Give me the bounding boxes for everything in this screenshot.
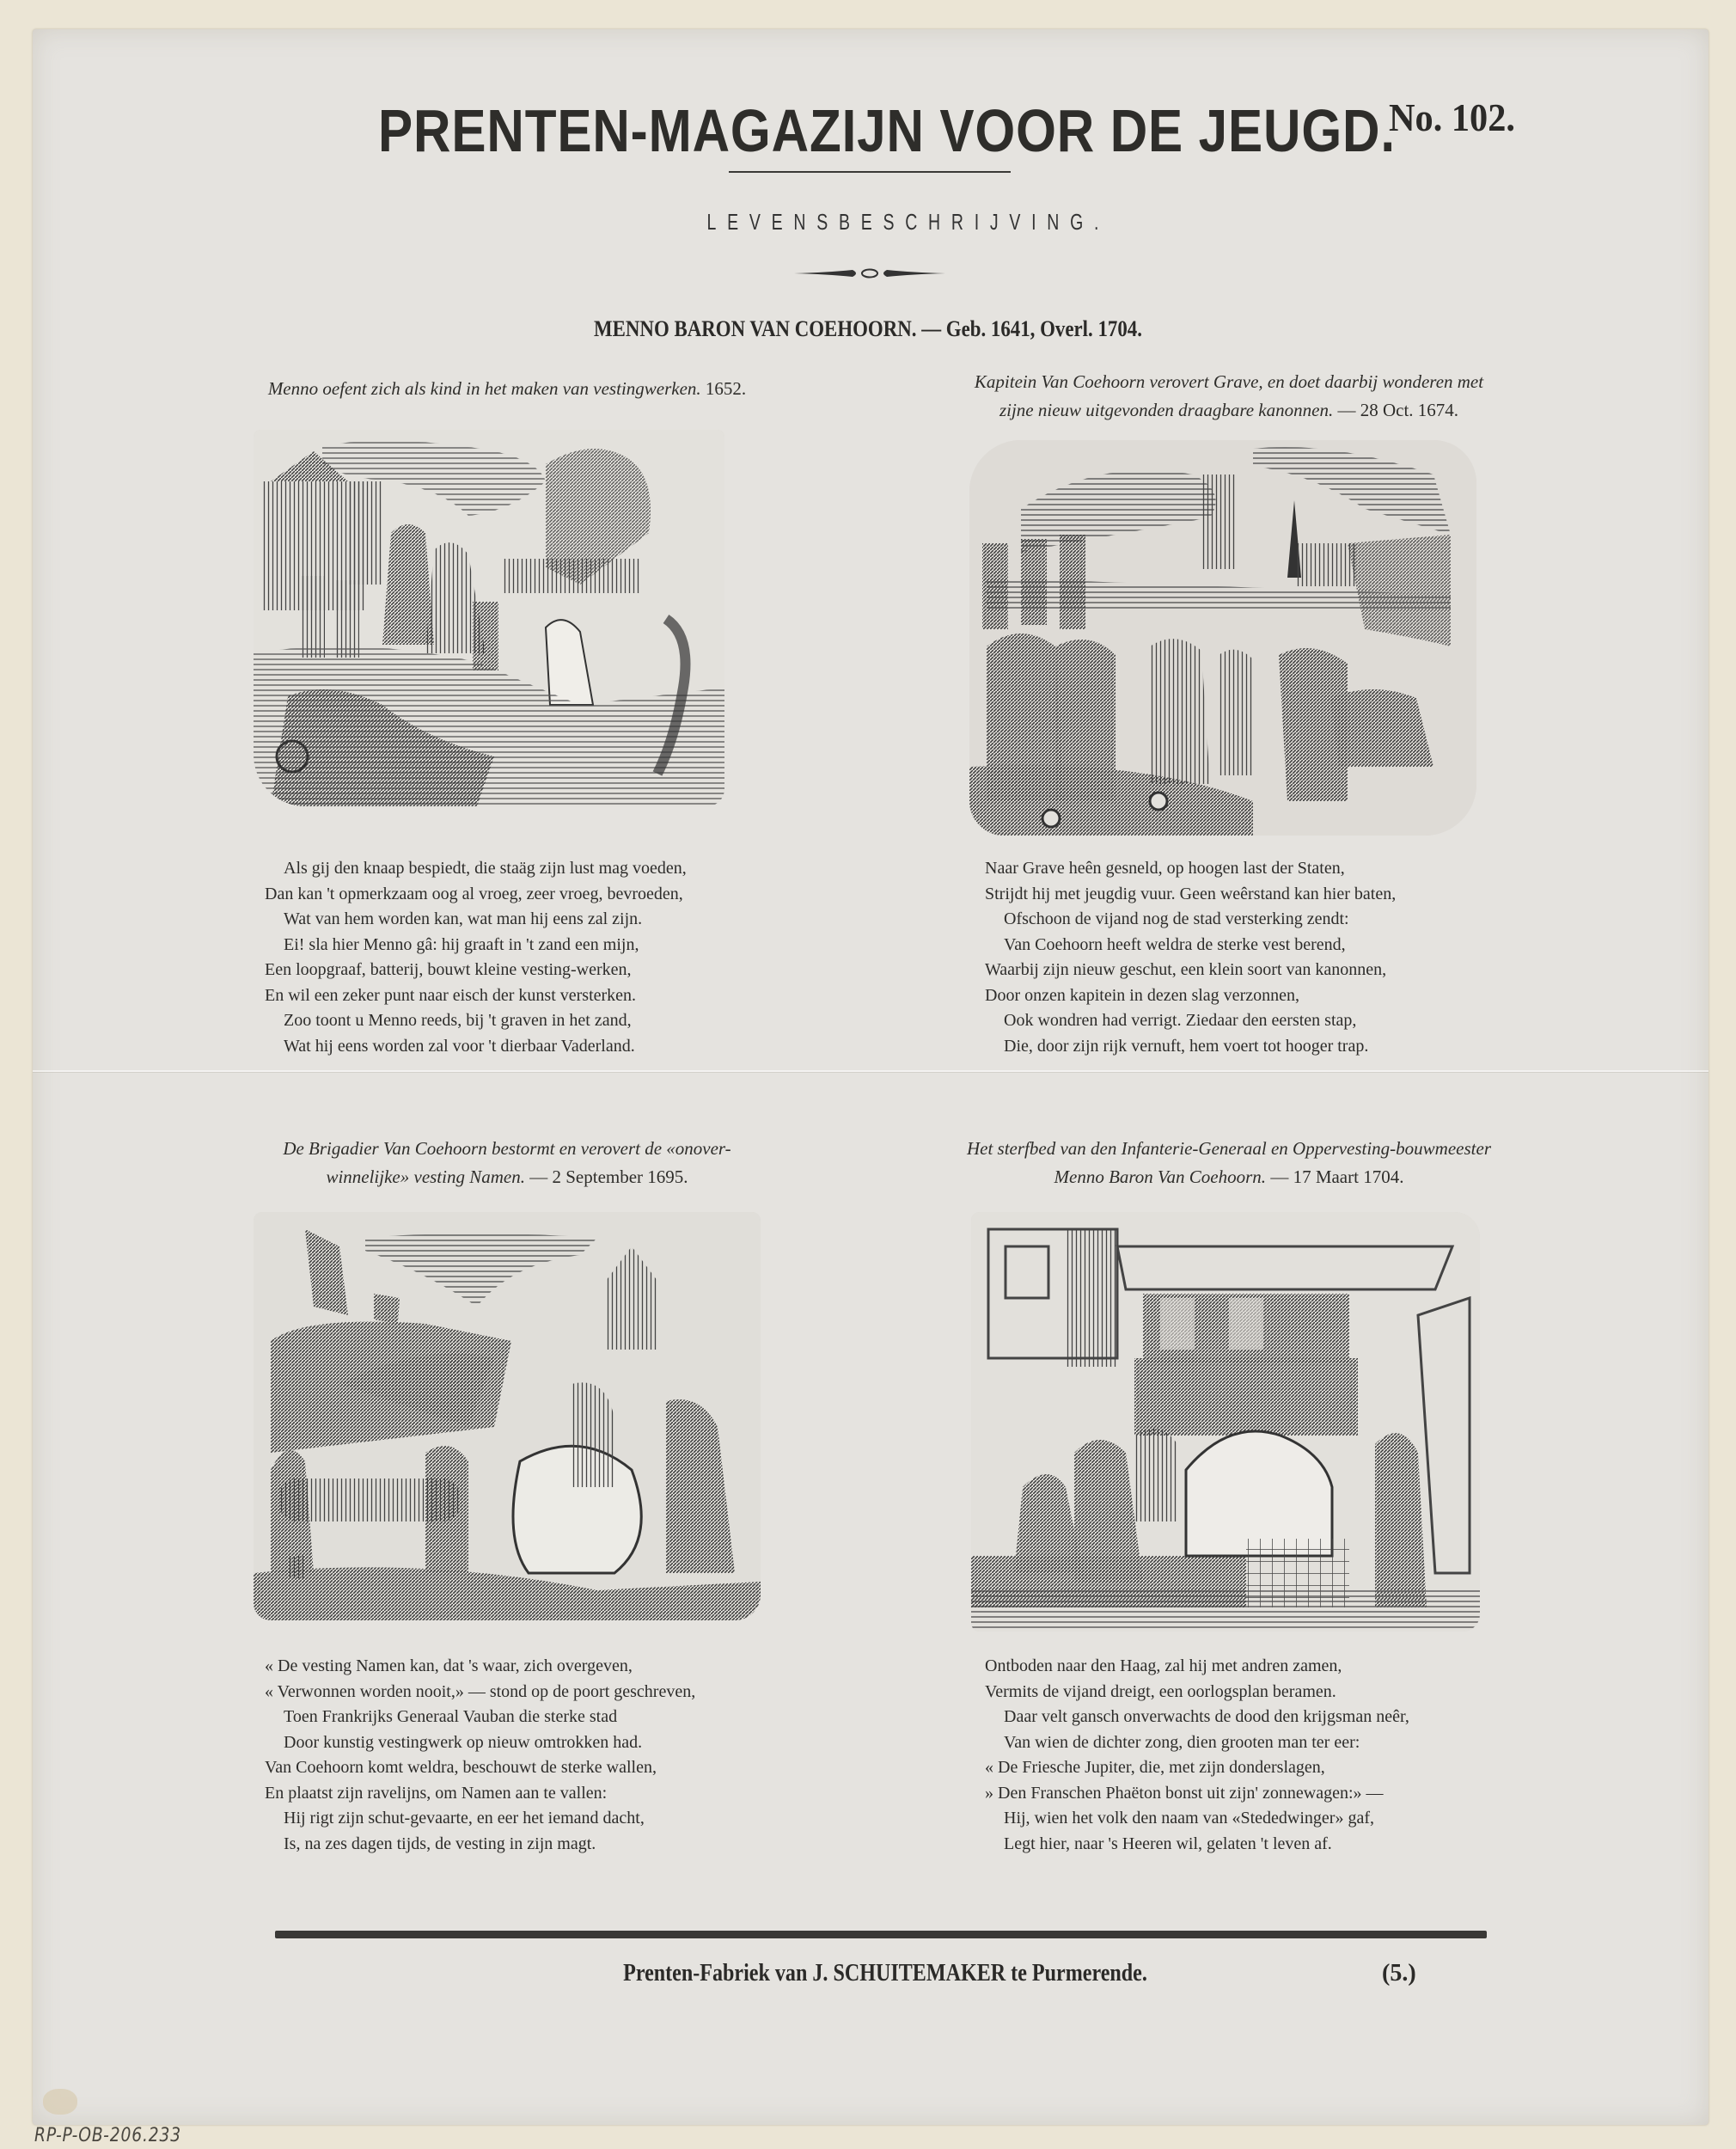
- subject-name-dates: MENNO BARON VAN COEHOORN. — Geb. 1641, O…: [528, 315, 1208, 344]
- caption-line: Het sterfbed van den Infanterie-Generaal…: [885, 1135, 1573, 1163]
- verse-line: Door kunstig vestingwerk op nieuw omtrok…: [265, 1730, 772, 1756]
- verse-line: Hij rigt zijn schut-gevaarte, en eer het…: [265, 1806, 772, 1832]
- illustration-deathbed-scene: [971, 1212, 1480, 1632]
- verse-line: Strijdt hij met jeugdig vuur. Geen weêrs…: [985, 882, 1501, 908]
- caption-date: — 28 Oct. 1674.: [1337, 400, 1458, 420]
- page-number: (5.): [1382, 1956, 1442, 1991]
- verse-line: « De vesting Namen kan, dat 's waar, zic…: [265, 1654, 772, 1680]
- verse-line: Door onzen kapitein in dezen slag verzon…: [985, 983, 1501, 1009]
- panel-3-verse: « De vesting Namen kan, dat 's waar, zic…: [265, 1654, 772, 1860]
- verse-line: Waarbij zijn nieuw geschut, een klein so…: [985, 958, 1501, 983]
- panel-1-verse: Als gij den knaap bespiedt, die staäg zi…: [265, 856, 772, 1062]
- title-rule: [729, 171, 1011, 173]
- verse-line: Toen Frankrijks Generaal Vauban die ster…: [265, 1705, 772, 1730]
- illustration-siege-of-grave: [969, 440, 1476, 836]
- panel-3-caption: De Brigadier Van Coehoorn bestormt en ve…: [189, 1135, 825, 1193]
- verse-line: En plaatst zijn ravelijns, om Namen aan …: [265, 1781, 772, 1807]
- caption-date: 1652.: [706, 378, 746, 399]
- verse-line: « De Friesche Jupiter, die, met zijn don…: [985, 1755, 1501, 1781]
- verse-line: Legt hier, naar 's Heeren wil, gelaten '…: [985, 1832, 1501, 1858]
- verse-line: Zoo toont u Menno reeds, bij 't graven i…: [265, 1008, 772, 1034]
- verse-line: Naar Grave heên gesneld, op hoogen last …: [985, 856, 1501, 882]
- verse-line: Ei! sla hier Menno gâ: hij graaft in 't …: [265, 933, 772, 958]
- caption-line: Menno Baron Van Coehoorn.: [1054, 1166, 1267, 1187]
- caption-date: — 17 Maart 1704.: [1270, 1166, 1403, 1187]
- verse-line: Wat van hem worden kan, wat man hij eens…: [265, 907, 772, 933]
- panel-1-caption: Menno oefent zich als kind in het maken …: [198, 375, 816, 404]
- verse-line: Ontboden naar den Haag, zal hij met andr…: [985, 1654, 1501, 1680]
- verse-line: Die, door zijn rijk vernuft, hem voert t…: [985, 1034, 1501, 1060]
- verse-line: « Verwonnen worden nooit,» — stond op de…: [265, 1680, 772, 1705]
- verse-line: Van Coehoorn heeft weldra de sterke vest…: [985, 933, 1501, 958]
- panel-4-verse: Ontboden naar den Haag, zal hij met andr…: [985, 1654, 1501, 1860]
- caption-line: De Brigadier Van Coehoorn bestormt en ve…: [189, 1135, 825, 1163]
- verse-line: Ofschoon de vijand nog de stad versterki…: [985, 907, 1501, 933]
- verse-line: Van Coehoorn komt weldra, beschouwt de s…: [265, 1755, 772, 1781]
- verse-line: Als gij den knaap bespiedt, die staäg zi…: [265, 856, 772, 882]
- caption-line: Kapitein Van Coehoorn verovert Grave, en…: [885, 368, 1573, 396]
- caption-line: winnelijke» vesting Namen.: [326, 1166, 525, 1187]
- verse-line: Een loopgraaf, batterij, bouwt kleine ve…: [265, 958, 772, 983]
- caption-line: Menno oefent zich als kind in het maken …: [268, 378, 701, 399]
- issue-number: No. 102.: [1389, 96, 1562, 139]
- ornament-divider-icon: [792, 265, 947, 282]
- verse-line: Daar velt gansch onverwachts de dood den…: [985, 1705, 1501, 1730]
- verse-line: Ook wondren had verrigt. Ziedaar den eer…: [985, 1008, 1501, 1034]
- verse-line: » Den Franschen Phaëton bonst uit zijn' …: [985, 1781, 1501, 1807]
- verse-line: Dan kan 't opmerkzaam oog al vroeg, zeer…: [265, 882, 772, 908]
- paper-stain: [43, 2089, 77, 2115]
- verse-line: Vermits de vijand dreigt, een oorlogspla…: [985, 1680, 1501, 1705]
- verse-line: Hij, wien het volk den naam van «Stededw…: [985, 1806, 1501, 1832]
- footer-rule: [275, 1931, 1487, 1938]
- verse-line: Van wien de dichter zong, dien grooten m…: [985, 1730, 1501, 1756]
- panel-2-caption: Kapitein Van Coehoorn verovert Grave, en…: [885, 368, 1573, 426]
- verse-line: Is, na zes dagen tijds, de vesting in zi…: [265, 1832, 772, 1858]
- caption-line: zijne nieuw uitgevonden draagbare kanonn…: [999, 400, 1333, 420]
- verse-line: En wil een zeker punt naar eisch der kun…: [265, 983, 772, 1009]
- illustration-storming-of-namur: [254, 1212, 761, 1620]
- panel-4-caption: Het sterfbed van den Infanterie-Generaal…: [885, 1135, 1573, 1193]
- masthead-title: PRENTEN-MAGAZIJN VOOR DE JEUGD.: [378, 96, 1236, 165]
- panel-2-verse: Naar Grave heên gesneld, op hoogen last …: [985, 856, 1501, 1062]
- catalog-number: RP-P-OB-206.233: [34, 2123, 254, 2149]
- fold-line: [33, 1070, 1708, 1072]
- section-subtitle: LEVENSBESCHRIJVING.: [707, 206, 1030, 237]
- illustration-boy-digging: [254, 430, 724, 806]
- caption-date: — 2 September 1695.: [529, 1166, 688, 1187]
- publisher-imprint: Prenten-Fabriek van J. SCHUITEMAKER te P…: [538, 1956, 1232, 1991]
- verse-line: Wat hij eens worden zal voor 't dierbaar…: [265, 1034, 772, 1060]
